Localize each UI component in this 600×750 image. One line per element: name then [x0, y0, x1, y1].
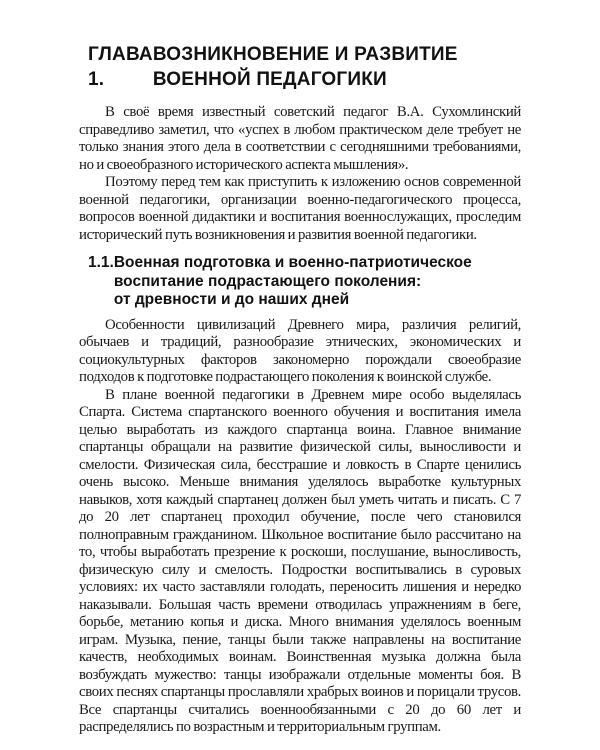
- section-paragraph-1: Особенности цивилизаций Древнего мира, р…: [79, 317, 521, 387]
- section-title-line-3: от древности и до наших дней: [114, 291, 349, 308]
- section-heading: 1.1. Военная подготовка и военно-патриот…: [88, 254, 521, 310]
- section-number: 1.1.: [88, 254, 114, 310]
- chapter-number: ГЛАВА 1.: [88, 42, 153, 92]
- section-paragraph-2: В плане военной педагогики в Древнем мир…: [79, 387, 521, 737]
- intro-paragraph-2: Поэтому перед тем как приступить к излож…: [79, 174, 521, 244]
- chapter-heading: ГЛАВА 1. ВОЗНИКНОВЕНИЕ И РАЗВИТИЕ ВОЕННО…: [88, 42, 521, 92]
- text-column: ГЛАВА 1. ВОЗНИКНОВЕНИЕ И РАЗВИТИЕ ВОЕННО…: [79, 0, 521, 737]
- chapter-title-line-2: ВОЕННОЙ ПЕДАГОГИКИ: [153, 69, 387, 90]
- section-title-line-2: воспитание подрастающего поколения:: [114, 273, 421, 290]
- intro-paragraph-1: В своё время известный советский педагог…: [79, 104, 521, 174]
- chapter-title-line-1: ВОЗНИКНОВЕНИЕ И РАЗВИТИЕ: [153, 44, 458, 65]
- section-title-line-1: Военная подготовка и военно-патриотическ…: [114, 254, 472, 271]
- chapter-title: ВОЗНИКНОВЕНИЕ И РАЗВИТИЕ ВОЕННОЙ ПЕДАГОГ…: [153, 42, 458, 92]
- section-title: Военная подготовка и военно-патриотическ…: [114, 254, 472, 310]
- book-page: ГЛАВА 1. ВОЗНИКНОВЕНИЕ И РАЗВИТИЕ ВОЕННО…: [0, 0, 600, 750]
